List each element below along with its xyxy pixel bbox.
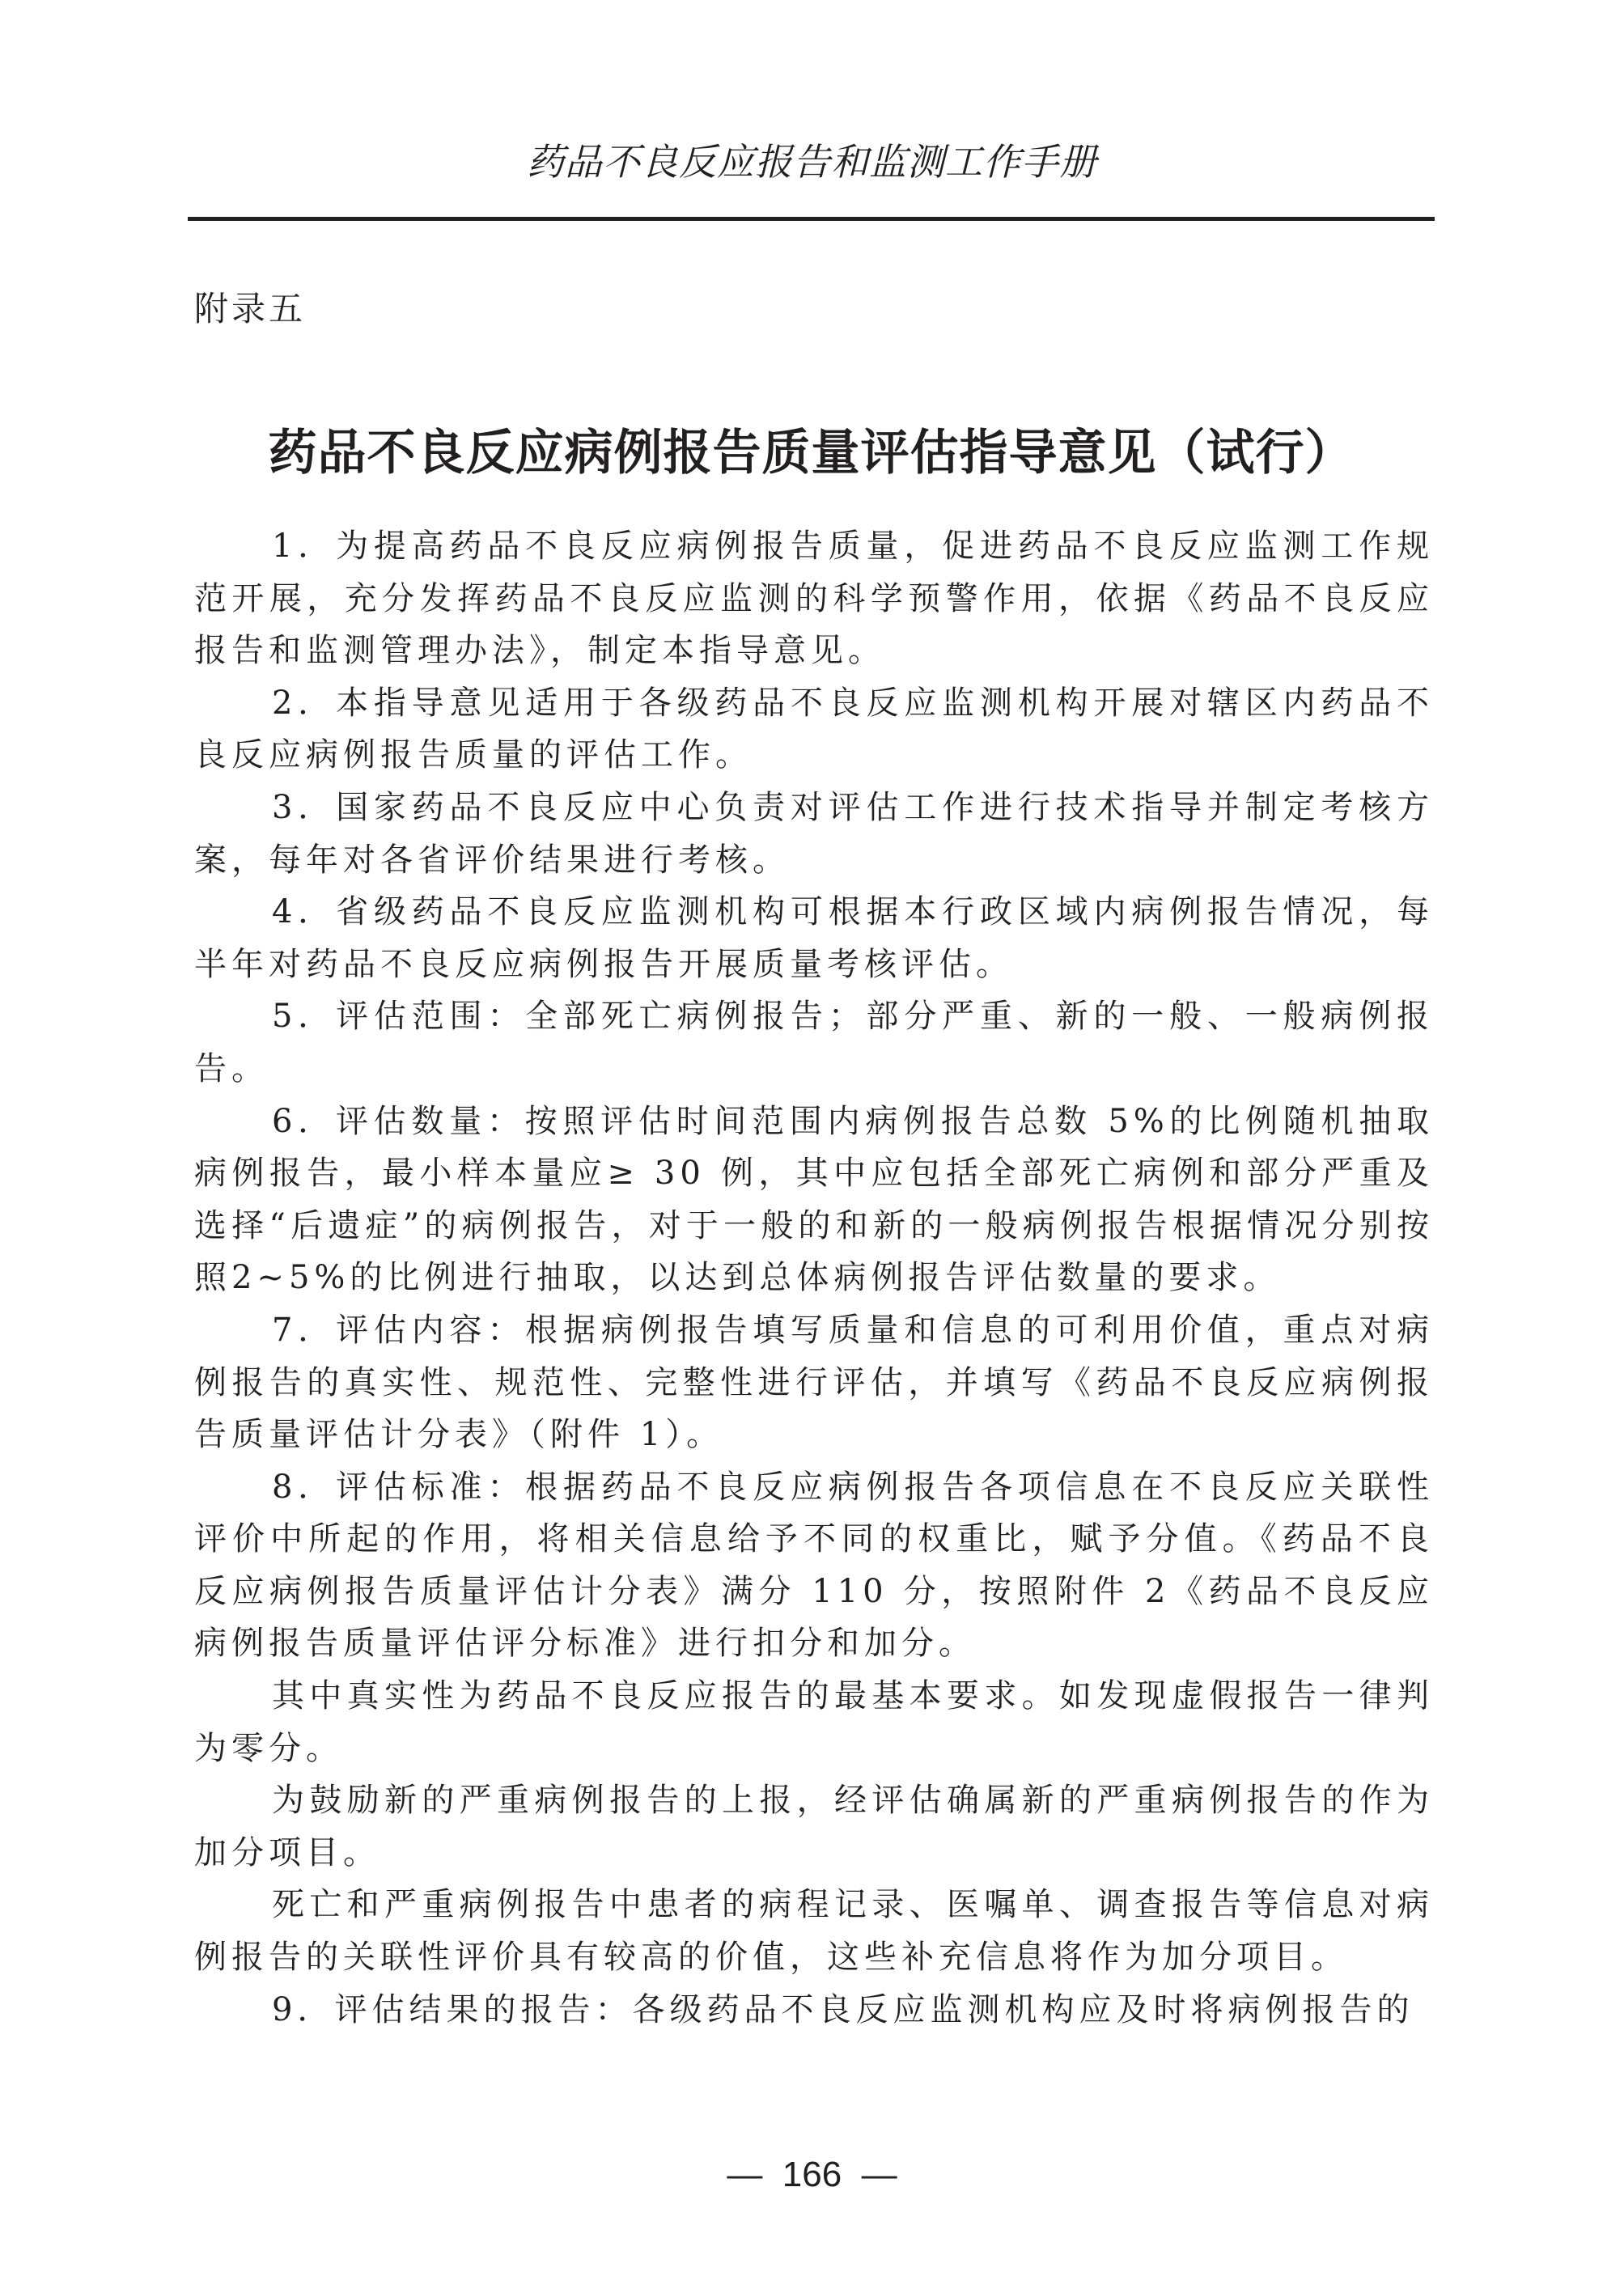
running-header: 药品不良反应报告和监测工作手册 bbox=[0, 136, 1624, 188]
paragraph-3-national-center: 3．国家药品不良反应中心负责对评估工作进行技术指导并制定考核方案，每年对各省评价… bbox=[194, 782, 1434, 886]
paragraph-6-assessment-quantity: 6．评估数量：按照评估时间范围内病例报告总数 5%的比例随机抽取病例报告，最小样… bbox=[194, 1096, 1434, 1304]
document-title: 药品不良反应病例报告质量评估指导意见（试行） bbox=[188, 419, 1435, 487]
document-body: 1．为提高药品不良反应病例报告质量，促进药品不良反应监测工作规范开展，充分发挥药… bbox=[194, 520, 1434, 2036]
header-rule-divider bbox=[188, 217, 1435, 221]
paragraph-8-assessment-standard: 8．评估标准：根据药品不良反应病例报告各项信息在不良反应关联性评价中所起的作用，… bbox=[194, 1461, 1434, 1670]
paragraph-4-provincial: 4．省级药品不良反应监测机构可根据本行政区域内病例报告情况，每半年对药品不良反应… bbox=[194, 886, 1434, 990]
paragraph-9-result-reporting: 9．评估结果的报告：各级药品不良反应监测机构应及时将病例报告的 bbox=[194, 1984, 1434, 2037]
paragraph-2-scope: 2．本指导意见适用于各级药品不良反应监测机构开展对辖区内药品不良反应病例报告质量… bbox=[194, 677, 1434, 782]
paragraph-1-purpose: 1．为提高药品不良反应病例报告质量，促进药品不良反应监测工作规范开展，充分发挥药… bbox=[194, 520, 1434, 677]
paragraph-5-assessment-range: 5．评估范围：全部死亡病例报告；部分严重、新的一般、一般病例报告。 bbox=[194, 990, 1434, 1095]
paragraph-bonus-supplementary-info: 死亡和严重病例报告中患者的病程记录、医嘱单、调查报告等信息对病例报告的关联性评价… bbox=[194, 1879, 1434, 1983]
appendix-label: 附录五 bbox=[194, 286, 306, 332]
page-number: — 166 — bbox=[0, 2152, 1624, 2198]
paragraph-authenticity-note: 其中真实性为药品不良反应报告的最基本要求。如发现虚假报告一律判为零分。 bbox=[194, 1670, 1434, 1774]
paragraph-bonus-new-serious: 为鼓励新的严重病例报告的上报，经评估确属新的严重病例报告的作为加分项目。 bbox=[194, 1774, 1434, 1879]
paragraph-7-assessment-content: 7．评估内容：根据病例报告填写质量和信息的可利用价值，重点对病例报告的真实性、规… bbox=[194, 1304, 1434, 1461]
